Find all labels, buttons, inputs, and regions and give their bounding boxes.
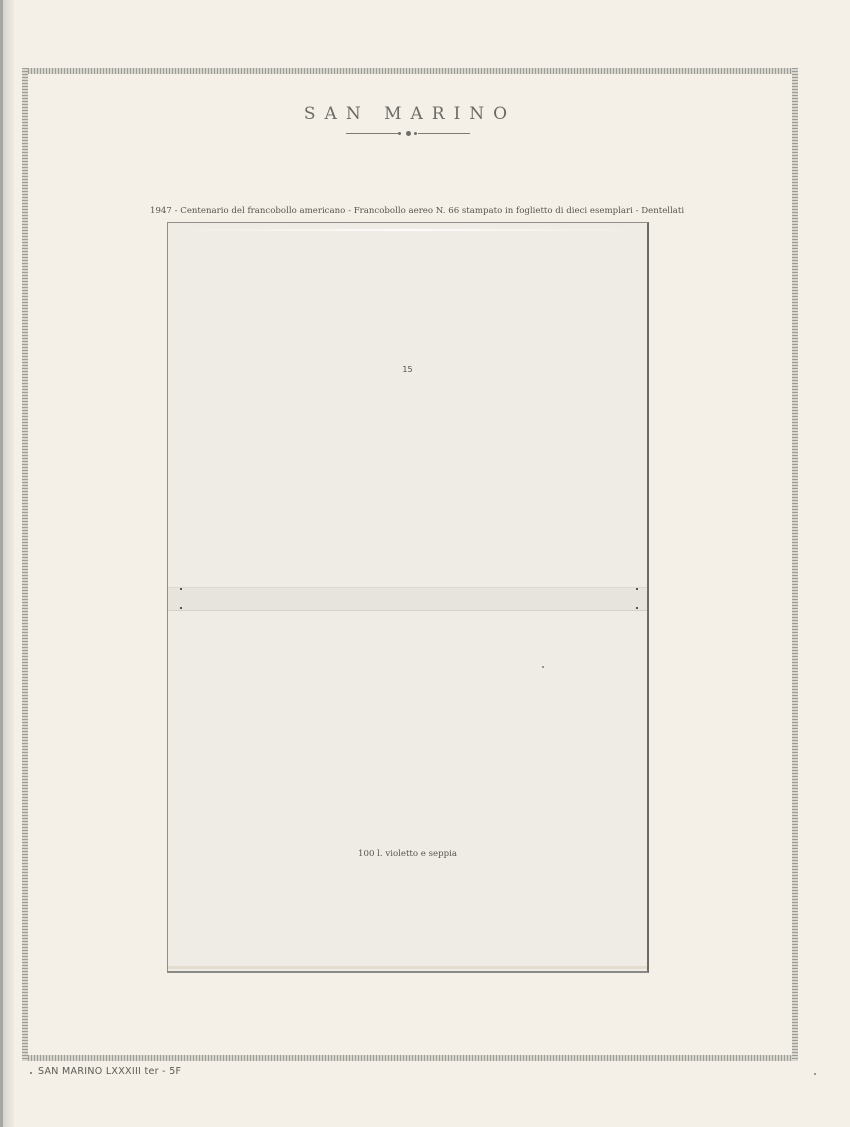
border-frame-right: [792, 68, 798, 1061]
stamp-value-description: 100 l. violetto e seppia: [168, 849, 647, 859]
page-footer-reference: SAN MARINO LXXXIII ter - 5F: [38, 1066, 181, 1077]
page-title: SAN MARINO: [0, 104, 820, 124]
footer-mark: [30, 1072, 32, 1074]
mount-pin-mark: [636, 588, 638, 590]
mount-bottom-edge: [168, 966, 647, 969]
mount-fold-strip: [168, 587, 647, 611]
border-frame-top: [22, 68, 798, 74]
stamp-mount: 15 100 l. violetto e seppia: [167, 222, 649, 973]
border-frame-left: [22, 68, 28, 1061]
paper-speck: [542, 666, 544, 668]
border-frame-bottom: [22, 1055, 798, 1061]
mount-pin-mark: [180, 588, 182, 590]
paper-speck: [814, 1073, 816, 1075]
mount-pin-mark: [636, 607, 638, 609]
title-ornament-icon: [346, 130, 470, 138]
mount-pin-mark: [180, 607, 182, 609]
issue-description: 1947 - Centenario del francobollo americ…: [150, 206, 675, 216]
catalog-number: 15: [168, 365, 647, 374]
page-binding-shadow: [0, 0, 3, 1127]
mount-highlight: [172, 229, 643, 231]
